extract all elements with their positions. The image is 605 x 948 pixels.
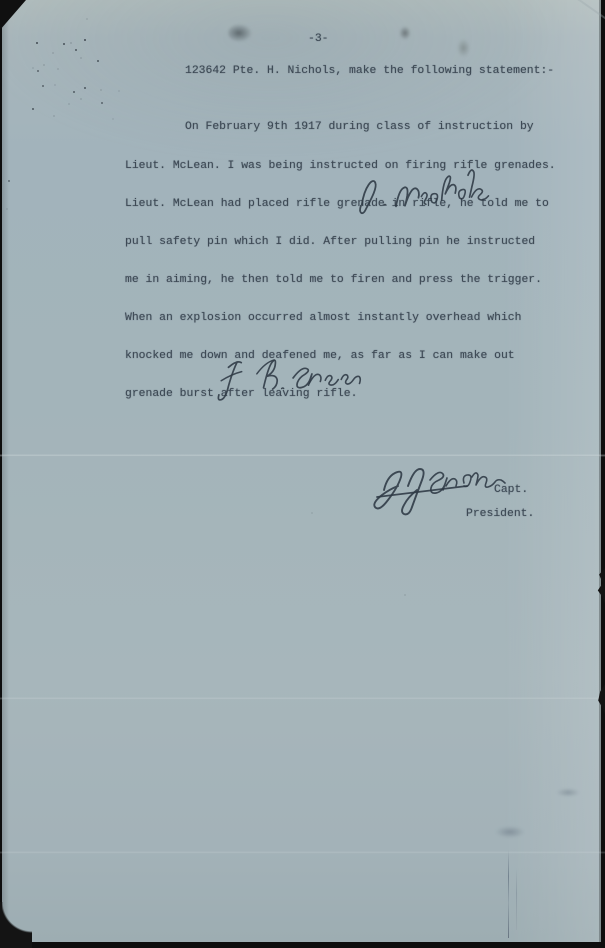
- statement-line: Lieut. McLean. I was being instructed on…: [125, 160, 577, 173]
- scratch-mark: [556, 788, 580, 797]
- statement-line: On February 9th 1917 during class of ins…: [125, 121, 577, 134]
- scanned-document: -3- 123642 Pte. H. Nichols, make the fol…: [0, 0, 605, 948]
- statement-1-heading: 123642 Pte. H. Nichols, make the followi…: [185, 65, 554, 78]
- fold-crease: [0, 454, 605, 457]
- page-number: -3-: [308, 33, 329, 46]
- ink-smudge: [399, 26, 411, 40]
- statement-line: When an explosion occurred almost instan…: [125, 312, 577, 325]
- ink-smudge: [457, 39, 470, 57]
- scratch-mark: [495, 826, 525, 838]
- signoff-title: President.: [466, 508, 534, 521]
- signoff-rank: Capt.: [494, 484, 528, 497]
- scratch-mark: [508, 850, 509, 938]
- statement-line: Lieut. McLean had placed rifle grenade i…: [125, 198, 577, 211]
- ink-speckles: [0, 0, 2, 2]
- nichols-handwritten-signature: [351, 161, 506, 221]
- fold-crease: [0, 851, 605, 854]
- statement-line: pull safety pin which I did. After pulli…: [125, 236, 577, 249]
- statement-line: me in aiming, he then told me to firen a…: [125, 274, 577, 287]
- green-handwritten-signature: [212, 346, 373, 406]
- ink-smudge: [228, 24, 252, 42]
- fold-crease: [0, 697, 605, 700]
- scratch-mark: [516, 868, 517, 930]
- rounded-corner-bottom-left: [0, 902, 32, 948]
